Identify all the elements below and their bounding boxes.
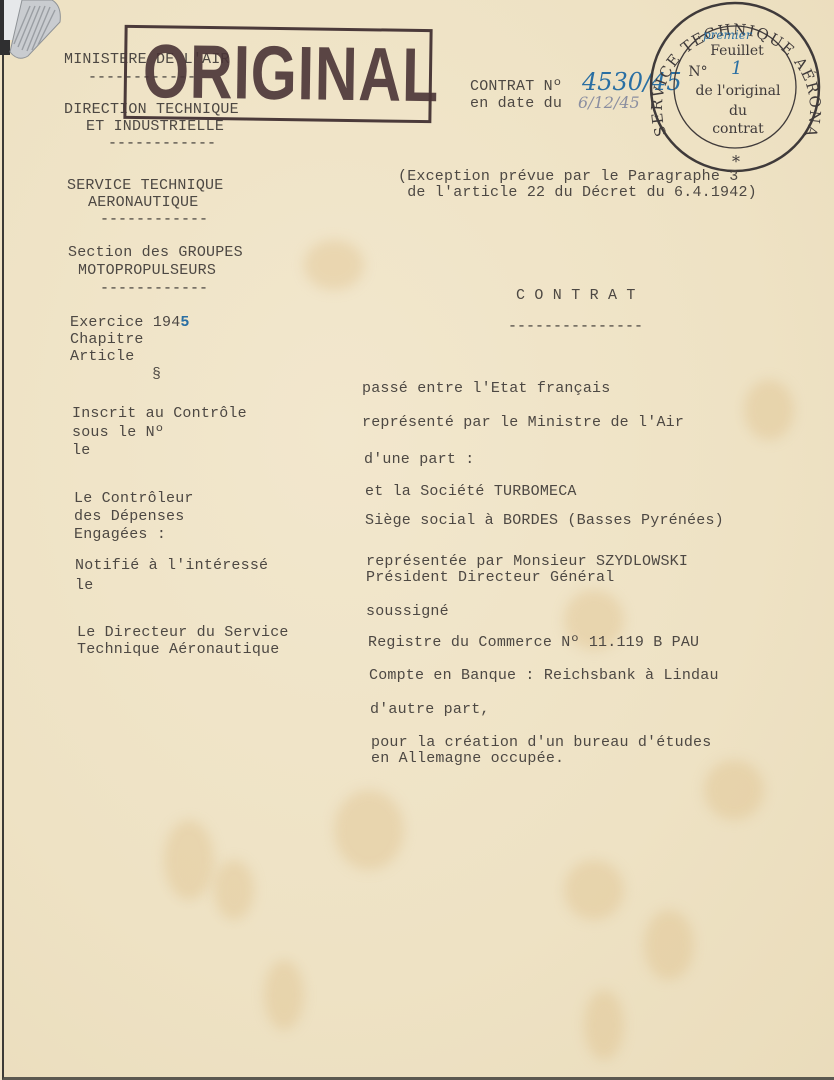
stain bbox=[564, 860, 624, 920]
body-line: Compte en Banque : Reichsbank à Lindau bbox=[369, 667, 719, 684]
directeur-line2: Technique Aéronautique bbox=[77, 641, 279, 658]
service-technique-stamp: SERVICE TECHNIQUE AÉRONAUTIQUE premier F… bbox=[643, 0, 823, 175]
chapitre-label: Chapitre bbox=[70, 331, 144, 348]
contract-title-rule: --------------- bbox=[508, 318, 643, 335]
body-line: en Allemagne occupée. bbox=[371, 750, 564, 767]
section-heading-line2: MOTOPROPULSEURS bbox=[78, 262, 216, 279]
direction-heading-line2: ET INDUSTRIELLE bbox=[86, 118, 224, 135]
separator: ------------ bbox=[100, 211, 208, 228]
notifie-line2: le bbox=[75, 577, 93, 594]
section-heading-line1: Section des GROUPES bbox=[68, 244, 243, 261]
notifie-line1: Notifié à l'intéressé bbox=[75, 557, 268, 574]
body-line: Président Directeur Général bbox=[366, 569, 614, 586]
exercice-text: Exercice 194 bbox=[70, 314, 180, 331]
stain bbox=[334, 790, 404, 870]
paragraph-sign: § bbox=[152, 366, 161, 383]
stain bbox=[304, 240, 364, 290]
contract-date-label: en date du bbox=[470, 95, 562, 112]
service-heading-line2: AERONAUTIQUE bbox=[88, 194, 198, 211]
stain bbox=[264, 960, 304, 1030]
stamp-handwritten-ordinal: premier bbox=[703, 28, 752, 42]
stain bbox=[164, 820, 214, 900]
body-line: Siège social à BORDES (Basses Pyrénées) bbox=[365, 512, 724, 529]
stain bbox=[704, 760, 764, 820]
inscrit-line1: Inscrit au Contrôle bbox=[72, 405, 247, 422]
stain bbox=[584, 990, 624, 1060]
body-line: pour la création d'un bureau d'études bbox=[371, 734, 711, 751]
contract-date-handwritten: 6/12/45 bbox=[578, 93, 640, 112]
controleur-line1: Le Contrôleur bbox=[74, 490, 194, 507]
stain bbox=[214, 860, 254, 920]
separator: ------------ bbox=[108, 135, 216, 152]
body-line: d'une part : bbox=[364, 451, 474, 468]
body-line: Registre du Commerce Nº 11.119 B PAU bbox=[368, 634, 699, 651]
body-line: soussigné bbox=[366, 603, 449, 620]
controleur-line2: des Dépenses bbox=[74, 508, 184, 525]
contract-title: C O N T R A T bbox=[516, 287, 636, 304]
original-stamp-text: ORIGINAL bbox=[142, 30, 439, 118]
service-heading-line1: SERVICE TECHNIQUE bbox=[67, 177, 223, 194]
paper-clip-icon bbox=[0, 0, 62, 62]
body-line: et la Société TURBOMECA bbox=[365, 483, 577, 500]
exception-note-line1: (Exception prévue par le Paragraphe 3 bbox=[398, 168, 738, 185]
body-line: passé entre l'Etat français bbox=[362, 380, 610, 397]
stamp-line-contrat: contrat bbox=[683, 120, 793, 139]
inscrit-line3: le bbox=[72, 442, 90, 459]
stamp-line-no-label: N° bbox=[683, 63, 713, 82]
inscrit-line2: sous le Nº bbox=[72, 424, 164, 441]
article-label: Article bbox=[70, 348, 134, 365]
body-line: représenté par le Ministre de l'Air bbox=[362, 414, 684, 431]
contract-number-label: CONTRAT Nº bbox=[470, 78, 562, 95]
body-line: d'autre part, bbox=[370, 701, 490, 718]
directeur-line1: Le Directeur du Service bbox=[77, 624, 289, 641]
exception-note-line2: de l'article 22 du Décret du 6.4.1942) bbox=[398, 184, 757, 201]
stamp-sheet-number: 1 bbox=[731, 58, 742, 79]
stain bbox=[644, 910, 694, 980]
separator: ------------ bbox=[100, 280, 208, 297]
exercice-label: Exercice 1945 bbox=[70, 314, 190, 331]
body-line: représentée par Monsieur SZYDLOWSKI bbox=[366, 553, 688, 570]
exercice-handwritten-digit: 5 bbox=[180, 314, 189, 331]
stamp-line-original: de l'original bbox=[683, 82, 793, 101]
stain bbox=[744, 380, 794, 440]
controleur-line3: Engagées : bbox=[74, 526, 166, 543]
original-stamp: ORIGINAL bbox=[123, 25, 432, 123]
stamp-line-du: du bbox=[683, 102, 793, 121]
